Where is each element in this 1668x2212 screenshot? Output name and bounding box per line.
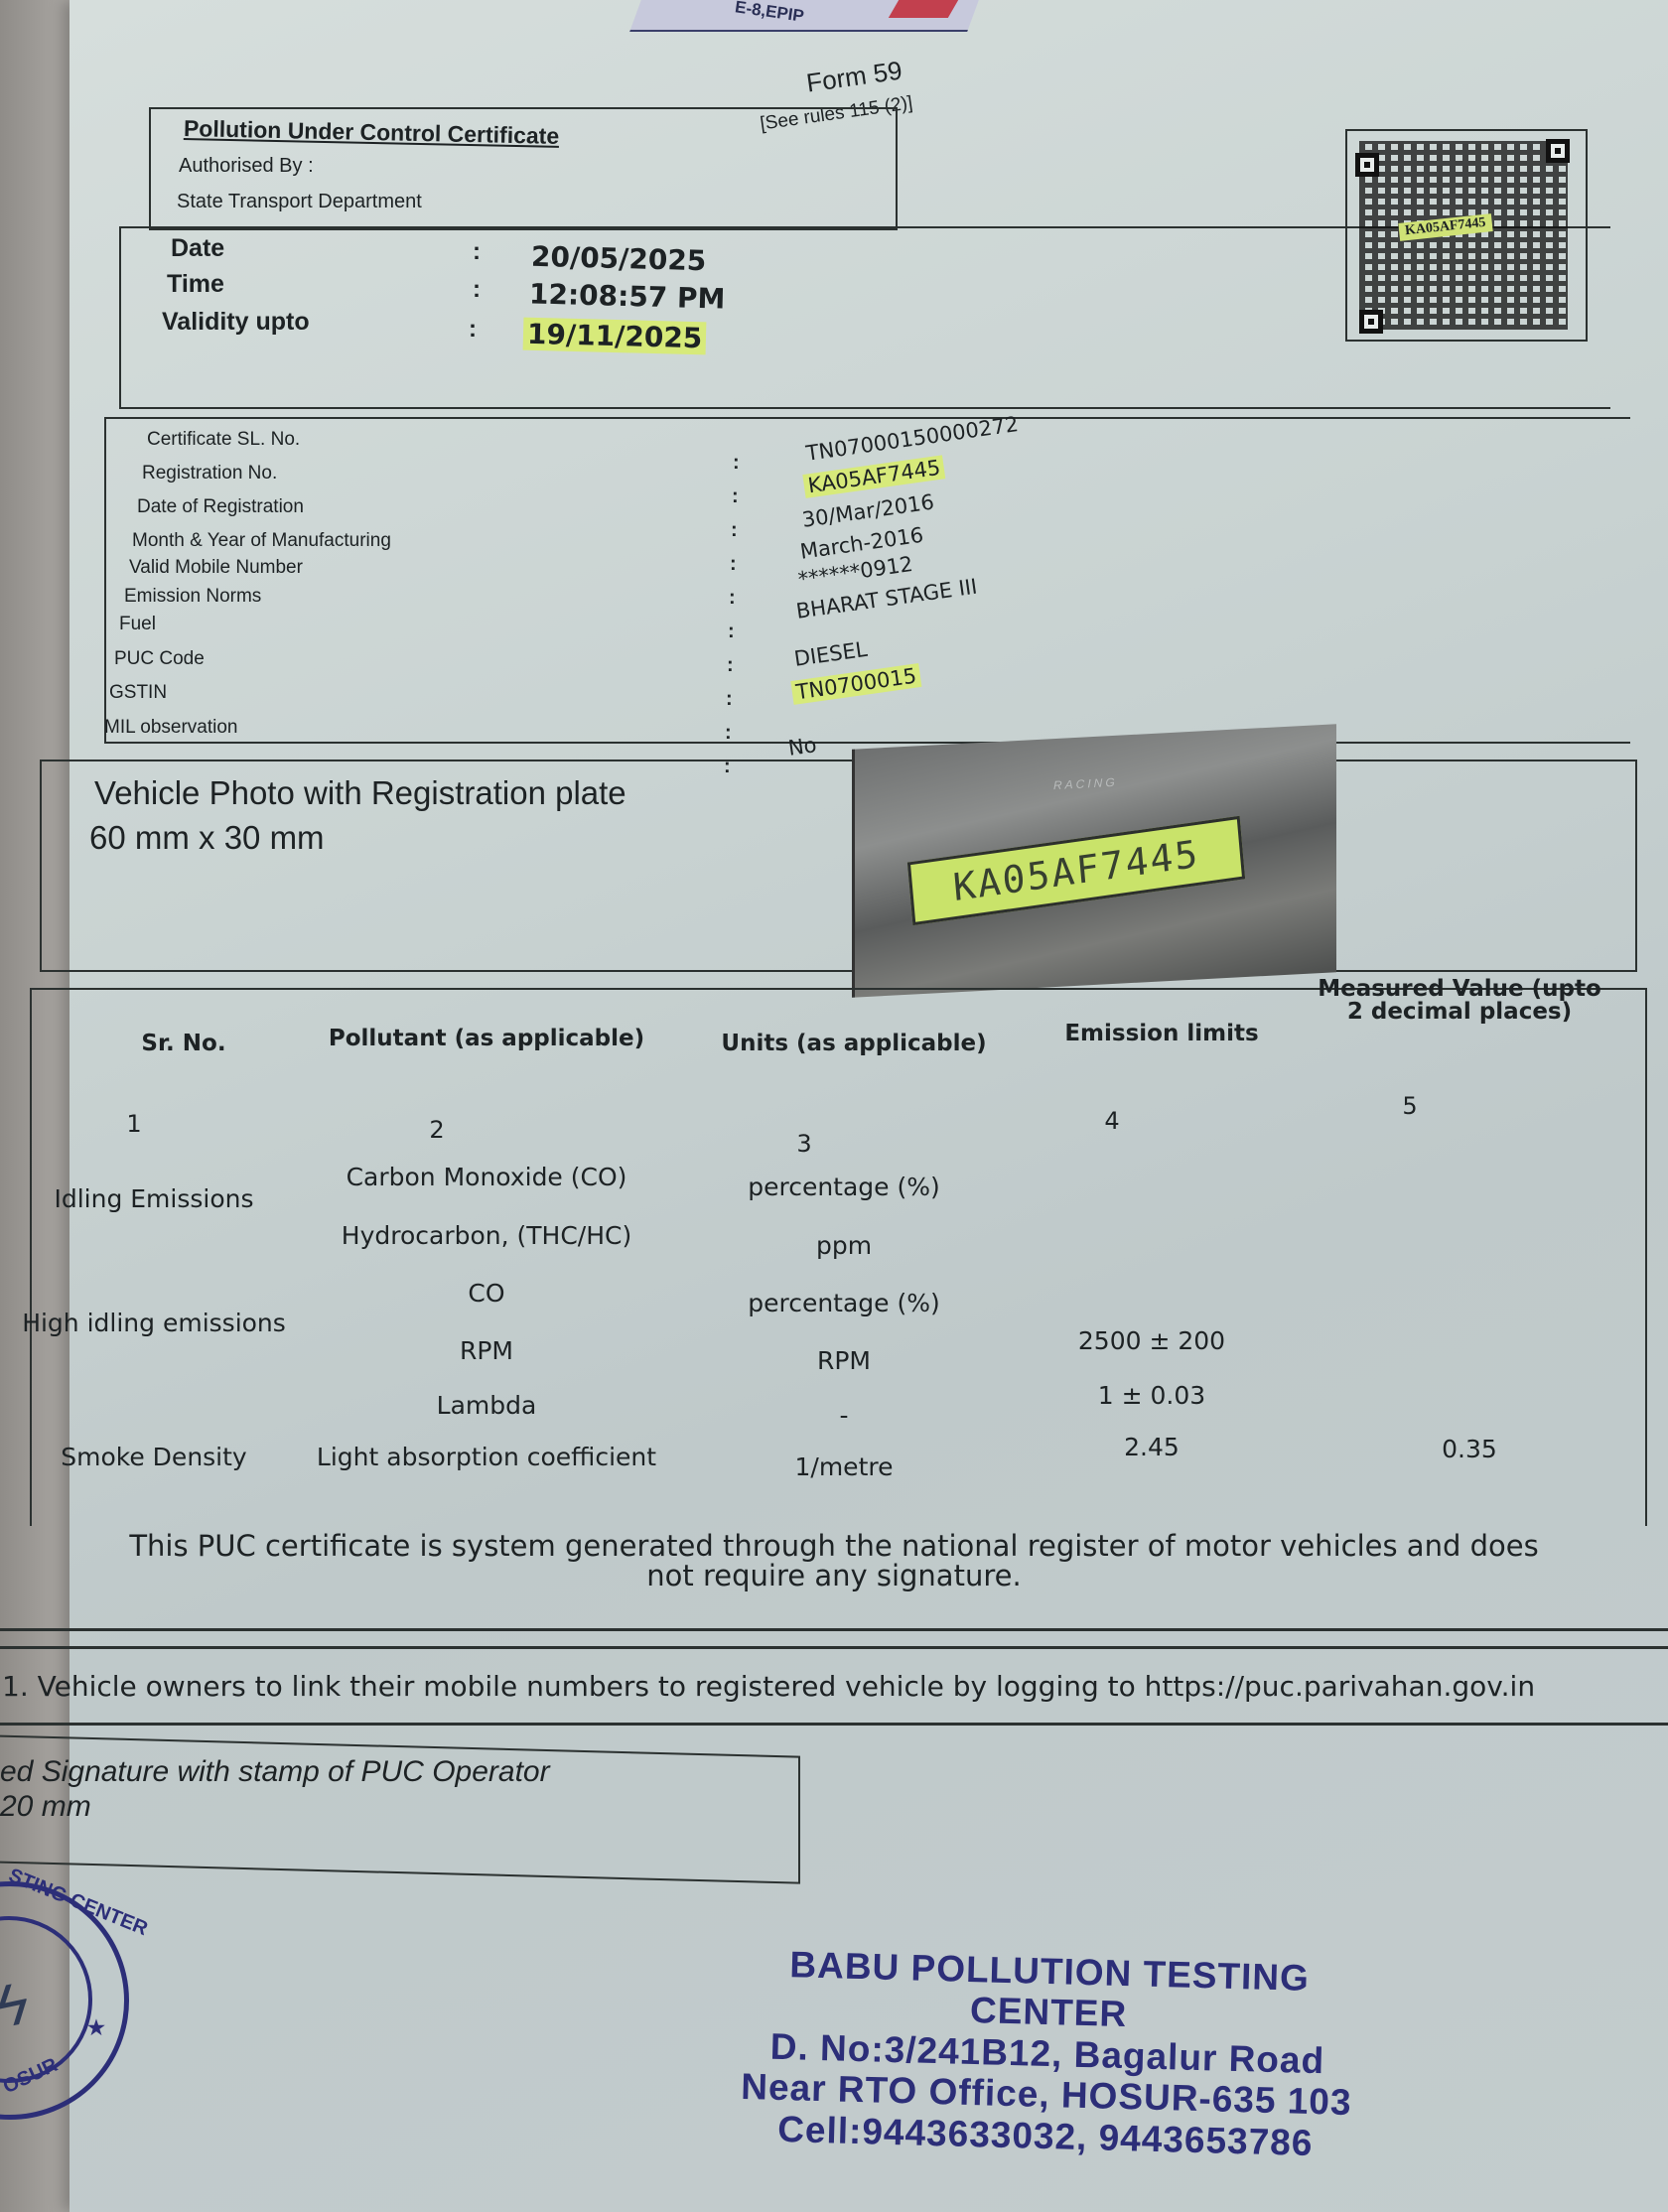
qr-finder-icon [1546,139,1570,163]
detail-label: Emission Norms [124,586,261,608]
table-cell-limit: 2500 ± 200 [1023,1328,1281,1353]
table-cell-category: Idling Emissions [20,1186,288,1211]
time-label: Time [167,270,224,299]
date-value: 20/05/2025 [531,240,707,278]
detail-value: No [786,733,818,760]
qr-code-icon [1359,141,1568,330]
detail-label: Registration No. [142,463,277,484]
envelope-red-corner [889,0,958,18]
validity-highlight: 19/11/2025 [523,318,707,355]
table-cell-pollutant: Lambda [288,1393,685,1418]
table-cell-pollutant: CO [288,1281,685,1306]
signature-box-title: ed Signature with stamp of PUC Operator [0,1755,550,1789]
system-generated-notice: This PUC certificate is system generated… [0,1531,1668,1591]
table-cell-limit: 2.45 [1023,1435,1281,1459]
divider [0,1628,1668,1631]
date-colon: : [473,238,481,266]
detail-value-text: No [786,733,818,760]
detail-label: GSTIN [109,682,167,704]
vehicle-photo: RACING KA05AF7445 [852,724,1336,998]
detail-colon: : [725,722,732,745]
table-cell-unit: 1/metre [705,1454,983,1479]
date-label: Date [171,234,224,263]
detail-colon: : [726,688,733,711]
table-cell-unit: ppm [705,1233,983,1258]
stamp-center-name: BABU POLLUTION TESTING CENTER [741,1943,1358,2041]
authority-name: State Transport Department [177,191,422,213]
column-number: 4 [983,1107,1241,1135]
validity-value: 19/11/2025 [523,318,707,355]
table-header: Units (as applicable) [715,1033,993,1055]
photo-title: Vehicle Photo with Registration plate [94,774,626,812]
column-number: 3 [665,1130,943,1158]
table-header: Sr. No. [79,1033,288,1055]
notice-line-1: This PUC certificate is system generated… [0,1531,1668,1561]
table-cell-pollutant: Hydrocarbon, (THC/HC) [288,1223,685,1248]
validity-colon: : [469,316,477,344]
time-value: 12:08:57 PM [529,277,726,315]
table-cell-pollutant: RPM [288,1338,685,1363]
table-cell-category: High idling emissions [20,1311,288,1335]
mobile-link-note: 1. Vehicle owners to link their mobile n… [0,1670,1668,1703]
qr-finder-icon [1359,310,1383,334]
column-number: 1 [30,1110,238,1138]
table-cell-measured: 0.35 [1330,1437,1608,1461]
registration-plate: KA05AF7445 [907,816,1245,925]
detail-colon: : [730,553,737,576]
validity-label: Validity upto [162,308,310,337]
detail-colon: : [732,485,739,508]
detail-label: Valid Mobile Number [129,557,303,579]
column-number: 2 [238,1116,635,1144]
vehicle-brand-text: RACING [1053,775,1118,792]
column-number: 5 [1261,1092,1559,1120]
table-header: Measured Value (upto 2 decimal places) [1311,978,1608,1024]
qr-box: KA05AF7445 [1345,129,1588,342]
divider [0,1723,1668,1726]
qr-finder-icon [1355,153,1379,177]
table-cell-unit: percentage (%) [705,1175,983,1199]
testing-center-stamp: BABU POLLUTION TESTING CENTER D. No:3/24… [737,1943,1357,2164]
table-cell-unit: - [705,1403,983,1428]
detail-colon: : [731,519,738,542]
signature-box-size: 20 mm [0,1790,91,1824]
photo-size: 60 mm x 30 mm [89,819,325,857]
table-cell-category: Smoke Density [20,1445,288,1469]
notice-line-2: not require any signature. [0,1561,1668,1590]
detail-label: Month & Year of Manufacturing [132,530,391,552]
table-cell-unit: RPM [705,1348,983,1373]
table-header: Emission limits [1033,1023,1291,1045]
table-cell-limit: 1 ± 0.03 [1023,1383,1281,1408]
time-colon: : [473,276,481,304]
detail-label: MIL observation [104,717,237,739]
detail-colon: : [728,621,735,643]
table-cell-pollutant: Carbon Monoxide (CO) [288,1165,685,1189]
detail-label: Fuel [119,614,156,635]
detail-label: Date of Registration [137,496,304,518]
detail-colon: : [729,587,736,610]
table-cell-pollutant: Light absorption coefficient [288,1445,685,1469]
table-cell-unit: percentage (%) [705,1291,983,1315]
seal-star-icon: ★ [87,2015,105,2040]
divider [0,1646,1668,1649]
detail-label: PUC Code [114,648,205,670]
detail-colon: : [733,452,740,475]
authorised-by-label: Authorised By : [179,155,314,178]
table-header: Pollutant (as applicable) [288,1028,685,1050]
detail-colon: : [727,654,734,677]
detail-label: Certificate SL. No. [147,429,300,451]
